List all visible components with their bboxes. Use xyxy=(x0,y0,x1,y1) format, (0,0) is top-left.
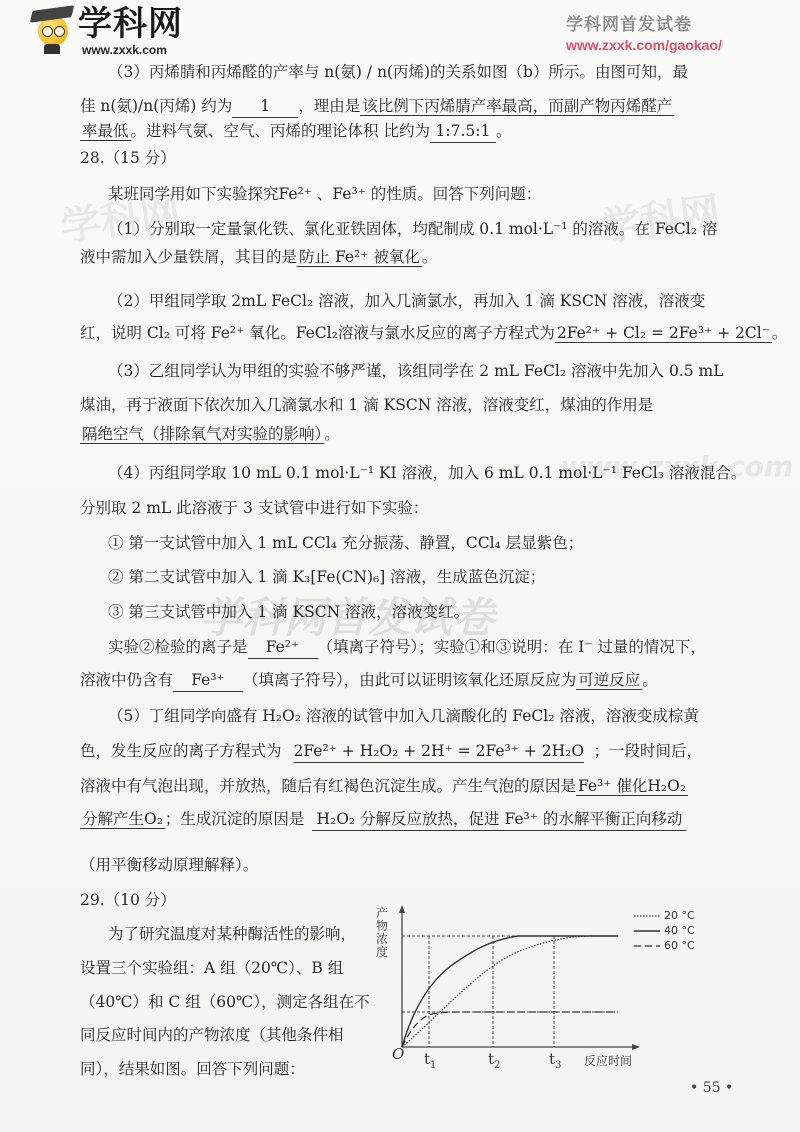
chart-legend: 20 °C 40 °C 60 °C xyxy=(634,908,695,953)
answer-p2: 2Fe²⁺ + Cl₂ = 2Fe³⁺ + 2Cl⁻ xyxy=(555,324,772,343)
q28-p3-line1: （3）乙组同学认为甲组的实验不够严谨，该组同学在 2 mL FeCl₂ 溶液中先… xyxy=(108,360,724,382)
header-url[interactable]: www.zxxk.com/gaokao/ xyxy=(566,37,722,53)
q27-p3-line1: （3）丙烯腈和丙烯醛的产率与 n(氨) / n(丙烯)的关系如图（b）所示。由图… xyxy=(108,61,688,83)
q29-line4: 同反应时间内的产物浓度（其他条件相 xyxy=(80,1024,344,1046)
legend-item-40c: 40 °C xyxy=(634,923,695,938)
logo-url: www.zxxk.com xyxy=(82,43,167,57)
q28-p4-q1-mid: （填离子符号）；实验①和③说明：在 I⁻ 过量的情况下， xyxy=(318,638,706,656)
origin-label: O xyxy=(392,1045,404,1063)
legend-item-20c: 20 °C xyxy=(634,908,695,923)
q28-p4-line1: （4）丙组同学取 10 mL 0.1 mol·L⁻¹ KI 溶液，加入 6 mL… xyxy=(108,462,746,484)
series-40c xyxy=(402,936,618,1047)
q28-p4-q2-mid: （填离子符号），由此可以证明该氧化还原反应为 xyxy=(243,671,576,689)
q27-p3-mid: ，理由是 xyxy=(298,97,360,115)
mascot-body-icon xyxy=(44,44,60,54)
exam-page: 学科网 学科网 学科网首发试卷 www.zxxk.com 学科网 www.zxx… xyxy=(0,0,800,1132)
punct: 。 xyxy=(422,248,438,266)
glasses-icon xyxy=(42,26,53,37)
tick-t3: t3 xyxy=(549,1050,561,1068)
answer-ion1: Fe²⁺ xyxy=(248,636,318,659)
q28-p5-line5: （用平衡移动原理解释）。 xyxy=(80,854,258,876)
legend-label: 20 °C xyxy=(664,909,695,922)
q27-p3-line3: 率最低。进料气氨、空气、丙烯的理论体积 比约为1:7.5:1。 xyxy=(80,120,511,143)
punct: 。 xyxy=(496,122,512,140)
q28-p4-q1: 实验②检验的离子是Fe²⁺（填离子符号）；实验①和③说明：在 I⁻ 过量的情况下… xyxy=(108,636,706,659)
tick-t1: t1 xyxy=(424,1050,436,1068)
q28-heading: 28.（15 分） xyxy=(80,147,176,169)
y-axis-label: 产物浓度 xyxy=(376,907,392,959)
q28-p2-prefix: 红，说明 Cl₂ 可将 Fe²⁺ 氧化。FeCl₂溶液与氯水反应的离子方程式为 xyxy=(80,324,555,342)
logo-title: 学科网 xyxy=(78,4,183,44)
q28-p4-q2: 溶液中仍含有Fe³⁺（填离子符号），由此可以证明该氧化还原反应为可逆反应。 xyxy=(80,669,658,692)
q28-p5-mid: ；一段时间后， xyxy=(594,742,703,760)
answer-reason-a: 该比例下丙烯腈产率最高，而副产物丙烯醛产 xyxy=(360,97,674,116)
legend-label: 60 °C xyxy=(664,939,695,952)
q28-p5-prefix: 色，发生反应的离子方程式为 xyxy=(80,742,282,760)
q28-exp3: ③ 第三支试管中加入 1 滴 KSCN 溶液，溶液变红。 xyxy=(108,601,469,623)
series-60c xyxy=(402,1012,618,1047)
answer-precipitate: H₂O₂ 分解反应放热，促进 Fe³⁺ 的水解平衡正向移动 xyxy=(312,808,686,831)
answer-equation: 2Fe²⁺ + H₂O₂ + 2H⁺ = 2Fe³⁺ + 2H₂O xyxy=(294,740,584,763)
legend-label: 40 °C xyxy=(664,924,695,937)
q28-p4-q2-prefix: 溶液中仍含有 xyxy=(80,671,173,689)
q28-p1-line2: 液中需加入少量铁屑，其目的是防止 Fe²⁺ 被氧化。 xyxy=(80,246,437,268)
watermark-logo: 学科网 xyxy=(597,180,724,253)
q29-heading: 29.（10 分） xyxy=(80,889,176,911)
x-axis-label: 反应时间 xyxy=(584,1052,632,1069)
answer-ratio: 1 xyxy=(232,95,298,118)
q28-p5-l3-prefix: 溶液中有气泡出现，并放热，随后有红褐色沉淀生成。产生气泡的原因是 xyxy=(80,777,576,795)
q28-p4-q1-prefix: 实验②检验的离子是 xyxy=(108,638,248,656)
q28-intro: 某班同学用如下实验探究Fe²⁺ 、Fe³⁺ 的性质。回答下列问题： xyxy=(108,183,541,205)
site-logo: 学科网 www.zxxk.com xyxy=(30,4,200,56)
punct: 。 xyxy=(772,324,788,342)
q29-line5: 同），结果如图。回答下列问题： xyxy=(80,1058,305,1080)
q28-p1-line1: （1）分别取一定量氯化铁、氯化亚铁固体，均配制成 0.1 mol·L⁻¹ 的溶液… xyxy=(108,218,717,240)
punct: 。 xyxy=(324,425,340,443)
q28-p5-line3: 溶液中有气泡出现，并放热，随后有红褐色沉淀生成。产生气泡的原因是Fe³⁺ 催化H… xyxy=(80,775,688,797)
q29-line3: （40℃）和 C 组（60℃），测定各组在不 xyxy=(80,991,370,1013)
q28-exp1: ① 第一支试管中加入 1 mL CCl₄ 充分振荡、静置，CCl₄ 层显紫色； xyxy=(108,532,583,554)
enzyme-chart: 产物浓度 O t1 t2 t3 反应时间 20 °C 40 °C 60 °C xyxy=(372,895,702,1095)
q29-line1: 为了研究温度对某种酶活性的影响， xyxy=(108,923,356,945)
q27-p3-line2: 佳 n(氨)/n(丙烯) 约为1，理由是该比例下丙烯腈产率最高，而副产物丙烯醛产 xyxy=(80,95,674,118)
glasses-icon xyxy=(54,26,65,37)
y-axis-arrow-icon xyxy=(399,905,405,913)
answer-volume: 1:7.5:1 xyxy=(430,120,496,143)
header-title: 学科网首发试卷 xyxy=(566,10,722,35)
x-axis-arrow-icon xyxy=(632,1044,640,1050)
q28-p5-line2: 色，发生反应的离子方程式为2Fe²⁺ + H₂O₂ + 2H⁺ = 2Fe³⁺ … xyxy=(80,740,702,763)
q29-line2: 设置三个实验组：A 组（20℃）、B 组 xyxy=(80,957,343,979)
answer-bubble-b: 分解产生O₂ xyxy=(80,810,165,829)
q28-p2-line2: 红，说明 Cl₂ 可将 Fe²⁺ 氧化。FeCl₂溶液与氯水反应的离子方程式为2… xyxy=(80,322,787,344)
answer-p1: 防止 Fe²⁺ 被氧化 xyxy=(297,248,422,267)
answer-p3: 隔绝空气（排除氧气对实验的影响） xyxy=(80,425,324,444)
q28-p5-l4-mid: ；生成沉淀的原因是 xyxy=(165,810,305,828)
answer-reaction-type: 可逆反应 xyxy=(576,671,642,690)
answer-bubble-a: Fe³⁺ 催化H₂O₂ xyxy=(576,777,688,796)
legend-item-60c: 60 °C xyxy=(634,938,695,953)
q28-p3-line3: 隔绝空气（排除氧气对实验的影响）。 xyxy=(80,423,340,445)
q28-exp2: ② 第二支试管中加入 1 滴 K₃[Fe(CN)₆] 溶液，生成蓝色沉淀； xyxy=(108,566,545,588)
tick-t2: t2 xyxy=(488,1050,500,1068)
q28-p1-prefix: 液中需加入少量铁屑，其目的是 xyxy=(80,248,297,266)
punct: 。 xyxy=(642,671,658,689)
q28-p5-line4: 分解产生O₂；生成沉淀的原因是H₂O₂ 分解反应放热，促进 Fe³⁺ 的水解平衡… xyxy=(80,808,686,831)
q27-p3-mid2: 。进料气氨、空气、丙烯的理论体积 比约为 xyxy=(131,122,430,140)
answer-ion2: Fe³⁺ xyxy=(173,669,243,692)
q28-p3-line2: 煤油，再于液面下依次加入几滴氯水和 1 滴 KSCN 溶液，溶液变红，煤油的作用… xyxy=(80,394,653,416)
answer-reason-b: 率最低 xyxy=(80,122,131,141)
series-20c xyxy=(402,936,618,1047)
q28-p4-line2: 分别取 2 mL 此溶液于 3 支试管中进行如下实验： xyxy=(80,497,428,519)
q28-p2-line1: （2）甲组同学取 2mL FeCl₂ 溶液，加入几滴氯水，再加入 1 滴 KSC… xyxy=(108,290,705,312)
q28-p5-line1: （5）丁组同学向盛有 H₂O₂ 溶液的试管中加入几滴酸化的 FeCl₂ 溶液，溶… xyxy=(108,705,699,727)
page-number: • 55 • xyxy=(690,1080,733,1096)
header-right: 学科网首发试卷 www.zxxk.com/gaokao/ xyxy=(566,10,722,53)
q27-p3-prefix: 佳 n(氨)/n(丙烯) 约为 xyxy=(80,97,232,115)
